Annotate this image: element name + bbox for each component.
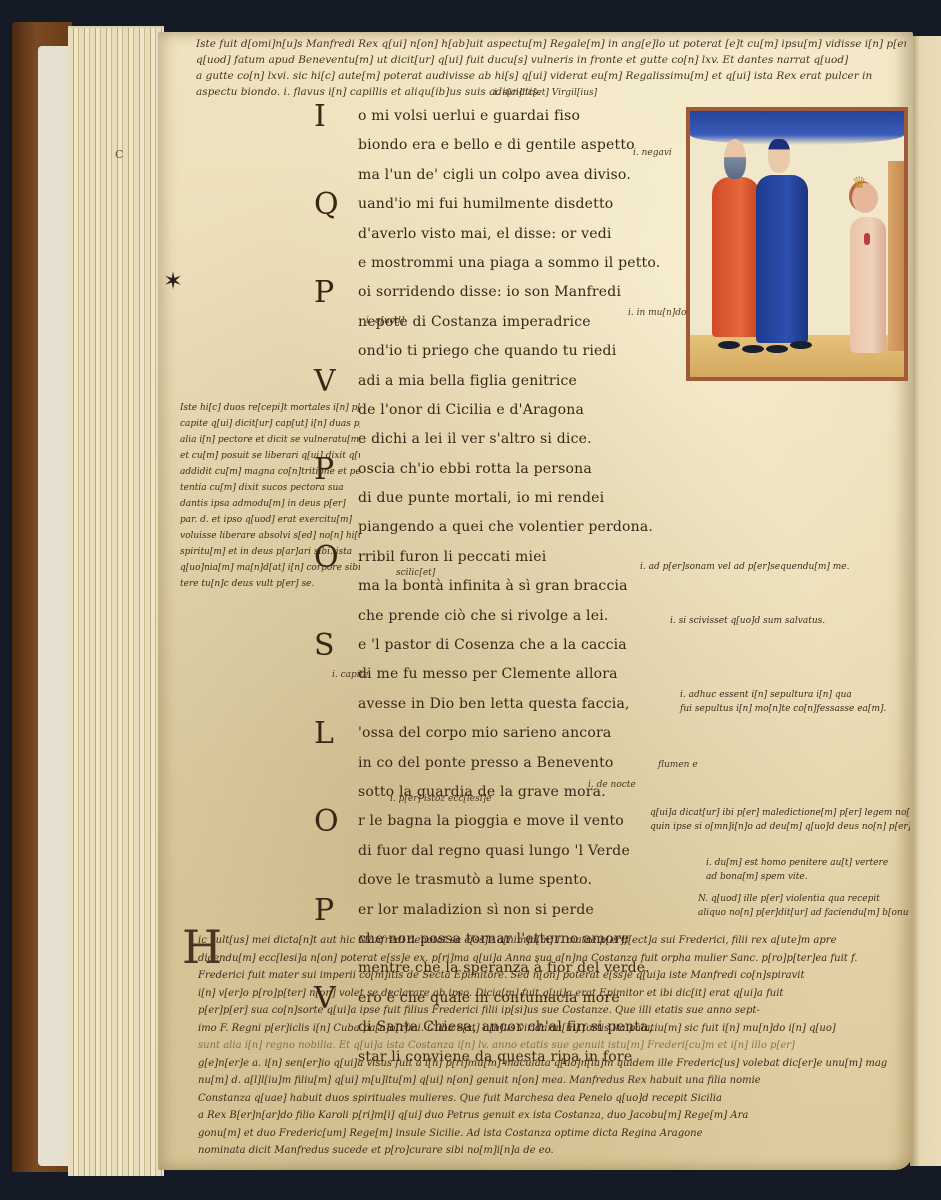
illuminated-miniature: ♛: [686, 107, 908, 381]
verse-line: oscia ch'io ebbi rotta la persona: [358, 455, 688, 484]
tercet: S e 'l pastor di Cosenza che a la caccia…: [358, 631, 688, 719]
right-margin-gloss: i. du[m] est homo penitere au[t] vertere…: [706, 856, 888, 884]
verse-line: o mi volsi uerlui e guardai fiso: [358, 102, 688, 131]
verse-line: e 'l pastor di Cosenza che a la caccia: [358, 631, 688, 660]
gloss-line: spiritu[m] et in deus p[ar]ari sibi. ist…: [180, 544, 360, 560]
verse-line: ma l'un de' cigli un colpo avea diviso.: [358, 161, 688, 190]
verse-initial: P: [314, 278, 334, 307]
verse-line: in co del ponte presso a Benevento: [358, 749, 688, 778]
margin-star-icon: ✶: [163, 267, 183, 295]
sky: [690, 111, 904, 145]
tercet: Q uand'io mi fui humilmente disdetto d'a…: [358, 190, 688, 278]
verse-initial: O: [314, 807, 339, 836]
verse-line: di fuor dal regno quasi lungo 'l Verde: [358, 837, 688, 866]
interlinear-note: i. p[er] istoz ecc[lesi]e: [390, 794, 491, 804]
commentary-line: Frederici fuit mater sui imperii co[m]it…: [198, 967, 898, 985]
verse-line: oi sorridendo disse: io son Manfredi: [358, 278, 688, 307]
virgil-figure: [712, 177, 760, 337]
verse-line: er lor maladizion sì non si perde: [358, 896, 688, 925]
gloss-line: voluisse liberare absolvi s[ed] no[n] hi…: [180, 528, 360, 544]
verse-initial: S: [314, 631, 335, 660]
manuscript-spread: C Iste fuit d[omi]n[u]s Manfredi Rex q[u…: [0, 0, 941, 1200]
page-edges: [68, 26, 164, 1176]
commentary-line: gonu[m] et duo Frederic[um] Rege[m] insu…: [198, 1125, 898, 1143]
tercet: V adi a mia bella figlia genitrice de l'…: [358, 367, 688, 455]
gloss-line: q[uo]nia[m] ma[n]d[at] i[n] corpore sibi…: [180, 560, 360, 576]
commentary-line: imo F. Regni p[er]iclis i[n] Cuba pa[n]o…: [198, 1020, 898, 1038]
gloss-line: N. q[uod] ille p[er] violentia qua recep…: [698, 892, 908, 906]
shoe: [742, 345, 764, 353]
facing-leaf-edge: [910, 36, 941, 1166]
gloss-line: i. ad p[er]sonam vel ad p[er]sequendu[m]…: [640, 560, 849, 574]
tercet: O r le bagna la pioggia e move il vento …: [358, 807, 688, 895]
gloss-line: q[uod] fatum apud Beneventu[m] ut dicit[…: [196, 52, 906, 68]
commentary-line: sunt alia i[n] regno nobilia. Et q[ui]a …: [198, 1037, 898, 1055]
commentary-line: dicendu[m] ecc[lesi]a n[on] poterat e[ss…: [198, 950, 898, 968]
verse-line: uand'io mi fui humilmente disdetto: [358, 190, 688, 219]
gloss-line: ad bona[m] spem vite.: [706, 870, 888, 884]
right-margin-gloss: N. q[uod] ille p[er] violentia qua recep…: [698, 892, 908, 920]
gloss-line: quin ipse si o[mn]i[n]o ad deu[m] q[uo]d…: [650, 820, 910, 834]
verse-line: dove le trasmutò a lume spento.: [358, 866, 688, 895]
verse-initial: L: [314, 719, 334, 748]
verse-initial: Q: [314, 190, 339, 219]
shoe: [766, 345, 788, 353]
interlinear-note: i. negavi: [633, 148, 672, 158]
verse-line: adi a mia bella figlia genitrice: [358, 367, 688, 396]
gloss-line: i. du[m] est homo penitere au[t] vertere: [706, 856, 888, 870]
tercet: I o mi volsi uerlui e guardai fiso biond…: [358, 102, 688, 190]
verse-line: d'averlo visto mai, el disse: or vedi: [358, 220, 688, 249]
shoe: [718, 341, 740, 349]
right-margin-gloss: q[ui]a dicat[ur] ibi p[er] maledictione[…: [650, 806, 910, 834]
verse-line: che prende ciò che si rivolge a lei.: [358, 602, 688, 631]
gloss-line: Iste fuit d[omi]n[u]s Manfredi Rex q[ui]…: [196, 36, 906, 52]
gloss-line: aliquo no[n] p[er]dit[ur] ad faciendu[m]…: [698, 906, 908, 920]
commentary-line: a Rex B[er]n[ar]do filio Karoli p[ri]m[i…: [198, 1107, 898, 1125]
gloss-line: par. d. et ipso q[uod] erat exercitu[m]: [180, 512, 360, 528]
verse-line: di me fu messo per Clemente allora: [358, 660, 688, 689]
gloss-line: addidit cu[m] magna co[n]tritione et pen…: [180, 464, 360, 480]
edge-mark: C: [115, 148, 123, 161]
interlinear-note: scilic[et]: [396, 568, 435, 578]
right-margin-gloss: i. ad p[er]sonam vel ad p[er]sequendu[m]…: [640, 560, 849, 574]
commentary-initial: H: [182, 924, 222, 970]
tercet: P oscia ch'io ebbi rotta la persona di d…: [358, 455, 688, 543]
gloss-line: tentia cu[m] dixit sucos pectora sua: [180, 480, 360, 496]
bottom-commentary: H ic vult[us] mei dicta[n]t aut hic Manf…: [198, 932, 898, 1160]
tercet: P oi sorridendo disse: io son Manfredi n…: [358, 278, 688, 366]
verse-line: piangendo a quei che volentier perdona.: [358, 513, 688, 542]
right-margin-gloss: i. adhuc essent i[n] sepultura i[n] qua …: [680, 688, 886, 716]
verse-line: di due punte mortali, io mi rendei: [358, 484, 688, 513]
right-margin-gloss: i. si scivisset q[uo]d sum salvatus.: [670, 614, 825, 628]
interlinear-note: i. capite: [332, 670, 369, 680]
virgil-head: [724, 139, 746, 179]
verse-line: r le bagna la pioggia e move il vento: [358, 807, 688, 836]
gloss-note: i. s[ci]lic[et] Virgil[ius]: [494, 88, 597, 98]
verse-line: avesse in Dio ben letta questa faccia,: [358, 690, 688, 719]
verse-column: I o mi volsi uerlui e guardai fiso biond…: [358, 102, 688, 1072]
verse-initial: P: [314, 896, 334, 925]
gloss-line: Iste hi[c] duos re[cepi]t mortales i[n] …: [180, 400, 360, 416]
interlinear-note: flumen e: [658, 760, 698, 770]
verse-line: e mostrommi una piaga a sommo il petto.: [358, 249, 688, 278]
commentary-line: ic vult[us] mei dicta[n]t aut hic Manfre…: [198, 932, 898, 950]
gloss-line: q[ui]a dicat[ur] ibi p[er] maledictione[…: [650, 806, 910, 820]
commentary-line: nu[m] d. a[l]l[iu]m filiu[m] q[ui] m[u]l…: [198, 1072, 898, 1090]
left-margin-gloss: Iste hi[c] duos re[cepi]t mortales i[n] …: [180, 400, 360, 592]
gloss-line: a gutte co[n] lxvi. sic hi[c] aute[m] po…: [196, 68, 906, 84]
verse-line: 'ossa del corpo mio sarieno ancora: [358, 719, 688, 748]
gloss-line: dantis ipsa admodu[m] in deus p[er]: [180, 496, 360, 512]
verse-line: e dichi a lei il ver s'altro si dice.: [358, 425, 688, 454]
commentary-line: Constanza q[uae] habuit duos spirituales…: [198, 1090, 898, 1108]
interlinear-note: i. q[uod]: [366, 316, 404, 326]
tercet: O rribil furon li peccati miei ma la bon…: [358, 543, 688, 631]
gloss-line: alia i[n] pectore et dicit se vulneratu[…: [180, 432, 360, 448]
interlinear-note: i. de nocte: [588, 780, 636, 790]
chest-wound: [864, 233, 870, 245]
crown-icon: ♛: [852, 173, 866, 192]
verse-initial: I: [314, 102, 326, 131]
commentary-line: p[er]p[er] sua co[n]sorte q[ui]a ipse fu…: [198, 1002, 898, 1020]
manuscript-leaf: Iste fuit d[omi]n[u]s Manfredi Rex q[ui]…: [158, 32, 913, 1170]
commentary-line: i[n] v[er]o p[ro]p[ter] n[on] volet se d…: [198, 985, 898, 1003]
verse-line: ond'io ti priego che quando tu riedi: [358, 337, 688, 366]
interlinear-note: i. in mu[n]do: [628, 308, 686, 318]
commentary-line: g[e]n[er]e a. i[n] sen[er]io q[ui]a visu…: [198, 1055, 898, 1073]
gloss-line: i. si scivisset q[uo]d sum salvatus.: [670, 614, 825, 628]
commentary-line: nominata dicit Manfredus sucede et p[ro]…: [198, 1142, 898, 1160]
shoe: [790, 341, 812, 349]
gloss-line: tere tu[n]c deus vult p[er] se.: [180, 576, 360, 592]
dante-figure: [756, 175, 808, 343]
gloss-line: i. adhuc essent i[n] sepultura i[n] qua: [680, 688, 886, 702]
dante-head: [768, 139, 790, 173]
rock-wall: [888, 161, 904, 351]
gloss-line: et cu[m] posuit se liberari q[ui] dixit …: [180, 448, 360, 464]
verse-initial: V: [314, 367, 336, 396]
gloss-line: fui sepultus i[n] mo[n]te co[n]fessasse …: [680, 702, 886, 716]
gloss-line: capite q[ui] dicit[ur] cap[ut] i[n] duas…: [180, 416, 360, 432]
verse-line: de l'onor di Cicilia e d'Aragona: [358, 396, 688, 425]
